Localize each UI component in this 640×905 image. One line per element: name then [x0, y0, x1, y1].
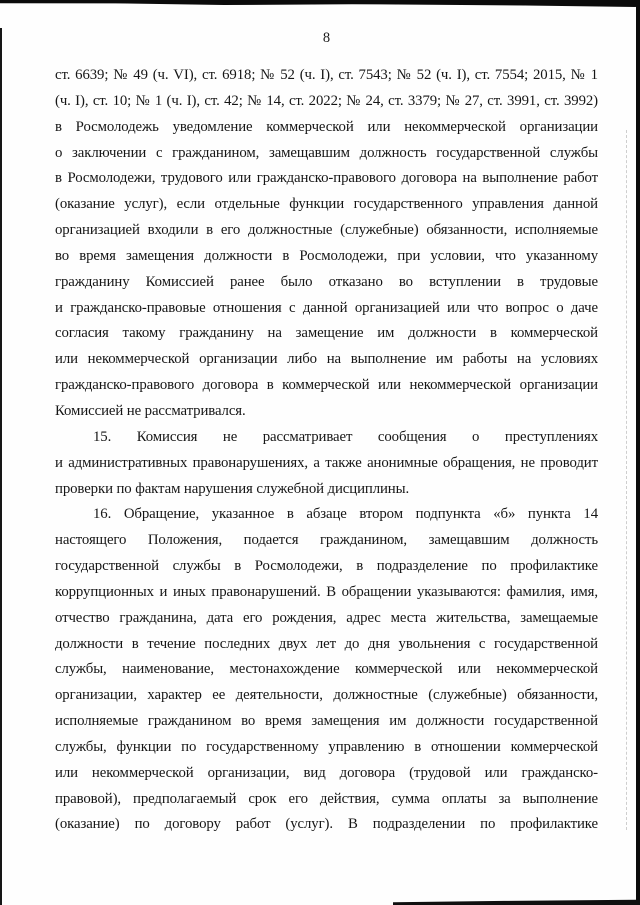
text-line: и административных правонарушениях, а та… [55, 451, 598, 477]
document-body: ст. 6639; № 49 (ч. VI), ст. 6918; № 52 (… [55, 63, 598, 838]
text-line: в Росмолодежи, трудового или гражданско-… [55, 166, 598, 192]
text-line: 16. Обращение, указанное в абзаце втором… [55, 502, 598, 528]
text-line: службы, наименование, местонахождение ко… [55, 657, 598, 683]
text-line: (оказание) по договору работ (услуг). В … [55, 812, 598, 838]
text-line: во время замещения должности в Росмолоде… [55, 244, 598, 270]
text-line: Комиссией не рассматривался. [55, 399, 598, 425]
text-line: организацией входили в его должностные (… [55, 218, 598, 244]
text-line: (оказание услуг), если отдельные функции… [55, 192, 598, 218]
scan-artifact-bottom-bar [393, 899, 640, 905]
scanned-document-page: 8 ст. 6639; № 49 (ч. VI), ст. 6918; № 52… [0, 0, 640, 905]
text-line: и гражданско-правовые отношения с данной… [55, 296, 598, 322]
text-line: отчество гражданина, дата его рождения, … [55, 606, 598, 632]
text-line: службы, функции по государственному упра… [55, 735, 598, 761]
text-line: должности в течение последних двух лет д… [55, 632, 598, 658]
text-line: ст. 6639; № 49 (ч. VI), ст. 6918; № 52 (… [55, 63, 598, 89]
text-line: настоящего Положения, подается гражданин… [55, 528, 598, 554]
scan-artifact-left-line [0, 28, 2, 905]
text-line: (ч. I), ст. 10; № 1 (ч. I), ст. 42; № 14… [55, 89, 598, 115]
text-line: согласия такому гражданину на замещение … [55, 321, 598, 347]
text-line: коррупционных и иных правонарушений. В о… [55, 580, 598, 606]
text-line: правовой), предполагаемый срок его дейст… [55, 787, 598, 813]
scan-artifact-top-bar [0, 0, 640, 7]
text-line: или некоммерческой организации либо на в… [55, 347, 598, 373]
text-line: гражданско-правового договора в коммерче… [55, 373, 598, 399]
paragraph-1: ст. 6639; № 49 (ч. VI), ст. 6918; № 52 (… [55, 63, 598, 425]
text-line: организации, характер ее деятельности, д… [55, 683, 598, 709]
scan-artifact-right-bar [636, 0, 640, 905]
text-line: исполняемые гражданином во время замещен… [55, 709, 598, 735]
paragraph-3: 16. Обращение, указанное в абзаце втором… [55, 502, 598, 838]
text-line: в Росмолодежь уведомление коммерческой и… [55, 115, 598, 141]
text-line: проверки по фактам нарушения служебной д… [55, 477, 598, 503]
text-line: 15. Комиссия не рассматривает сообщения … [55, 425, 598, 451]
text-line: государственной службы в Росмолодежи, в … [55, 554, 598, 580]
text-line: о заключении с гражданином, замещавшим д… [55, 141, 598, 167]
scan-artifact-dashed-fold-line [626, 130, 627, 830]
page-number: 8 [55, 30, 598, 47]
text-line: гражданину Комиссией ранее было отказано… [55, 270, 598, 296]
text-line: или некоммерческой организации, вид дого… [55, 761, 598, 787]
paragraph-2: 15. Комиссия не рассматривает сообщения … [55, 425, 598, 503]
